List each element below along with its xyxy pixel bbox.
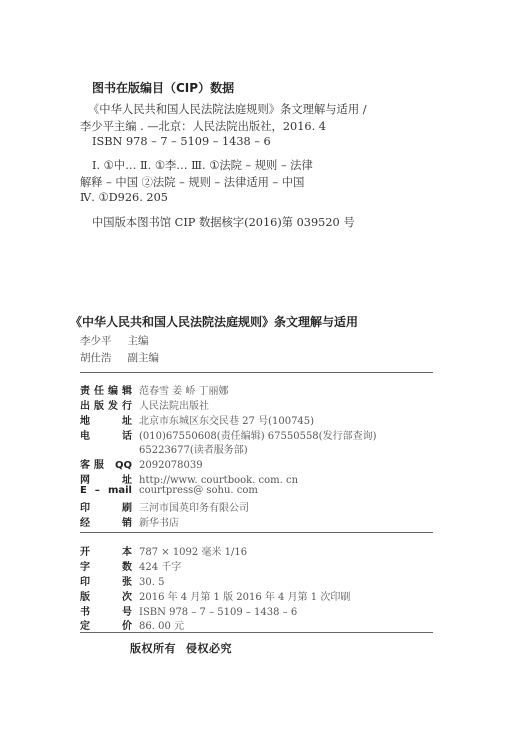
info-row-distributor: 经销新华书店 <box>80 514 179 529</box>
book-title: 《中华人民共和国人民法院法庭规则》条文理解与适用 <box>70 313 358 330</box>
info-row-qq: 客服 QQ2092078039 <box>80 456 203 471</box>
info-label: 出版发行 <box>80 397 132 412</box>
spec-value: 30. 5 <box>139 577 164 588</box>
spec-label: 版次 <box>80 588 132 603</box>
spec-label: 印张 <box>80 573 132 588</box>
chief-editor-credit: 李少平主编 <box>80 333 149 348</box>
cip-heading: 图书在版编目（CIP）数据 <box>92 79 234 96</box>
info-value: 人民法院出版社 <box>139 397 209 412</box>
info-value: 北京市东城区东交民巷 27 号(100745) <box>139 412 314 427</box>
info-value: (010)67550608(责任编辑) 67550558(发行部查询) <box>139 427 376 442</box>
info-row-responsible-editor: 责任编辑范春雪 姜 峤 丁丽娜 <box>80 382 229 397</box>
spec-label: 字数 <box>80 558 132 573</box>
deputy-editor-name: 胡仕浩 <box>80 352 112 364</box>
info-row-printer: 印刷三河市国英印务有限公司 <box>80 499 249 514</box>
cip-classification-line-1: Ⅰ. ①中… Ⅱ. ①李… Ⅲ. ①法院 – 规则 – 法律 <box>92 157 313 173</box>
info-value: 三河市国英印务有限公司 <box>139 499 249 514</box>
cip-title-line: 《中华人民共和国人民法院法庭规则》条文理解与适用 / <box>88 101 367 117</box>
copyright-part-1: 版权所有 <box>130 642 176 655</box>
info-label: 印刷 <box>80 499 132 514</box>
info-value: 范春雪 姜 峤 丁丽娜 <box>139 382 229 397</box>
info-row-phone-continued: 65223677(读者服务部) <box>80 441 248 456</box>
info-value: 2092078039 <box>139 460 203 471</box>
info-label: 客服 QQ <box>80 456 132 471</box>
info-label: 责任编辑 <box>80 382 132 397</box>
email-address: courtpress@ sohu. com <box>139 485 258 496</box>
spec-row-sheets: 印张30. 5 <box>80 573 164 588</box>
spec-value: 2016 年 4 月第 1 版 2016 年 4 月第 1 次印刷 <box>139 588 350 603</box>
cip-isbn-line: ISBN 978 – 7 – 5109 – 1438 – 6 <box>92 135 271 148</box>
info-row-website: 网址http://www. courtbook. com. cn <box>80 471 298 486</box>
spec-row-price: 定价86. 00 元 <box>80 617 184 632</box>
spec-row-word-count: 字数424 千字 <box>80 558 181 573</box>
info-row-email: E – mailcourtpress@ sohu. com <box>80 485 258 496</box>
spec-value: 787 × 1092 毫米 1/16 <box>139 543 247 558</box>
cip-editor-line: 李少平主编 . —北京：人民法院出版社，2016. 4 <box>80 118 326 134</box>
spec-label: 书号 <box>80 603 132 618</box>
spec-row-edition: 版次2016 年 4 月第 1 版 2016 年 4 月第 1 次印刷 <box>80 588 350 603</box>
chief-editor-role: 主编 <box>128 335 149 347</box>
spec-label: 开本 <box>80 543 132 558</box>
divider-top <box>80 372 433 373</box>
chief-editor-name: 李少平 <box>80 335 112 347</box>
cip-classification-line-2: 解释 – 中国 ②法院 – 规则 – 法律适用 – 中国 <box>80 174 304 190</box>
spec-row-isbn: 书号ISBN 978 – 7 – 5109 – 1438 – 6 <box>80 603 297 618</box>
info-label: 网址 <box>80 471 132 486</box>
info-label: 电话 <box>80 427 132 442</box>
info-row-phone: 电话(010)67550608(责任编辑) 67550558(发行部查询) <box>80 427 376 442</box>
info-value: 65223677(读者服务部) <box>139 441 248 456</box>
info-row-address: 地址北京市东城区东交民巷 27 号(100745) <box>80 412 314 427</box>
copyright-notice: 版权所有侵权必究 <box>130 640 232 656</box>
spec-value: 86. 00 元 <box>139 617 184 632</box>
info-label: E – mail <box>80 485 132 496</box>
cip-record-number: 中国版本图书馆 CIP 数据核字(2016)第 039520 号 <box>92 214 355 230</box>
copyright-part-2: 侵权必究 <box>186 642 232 655</box>
info-label: 经销 <box>80 514 132 529</box>
deputy-editor-credit: 胡仕浩副主编 <box>80 350 159 365</box>
spec-row-format: 开本787 × 1092 毫米 1/16 <box>80 543 247 558</box>
cip-classification-line-3: Ⅳ. ①D926. 205 <box>80 191 168 204</box>
divider-middle <box>80 532 433 533</box>
spec-label: 定价 <box>80 617 132 632</box>
deputy-editor-role: 副主编 <box>128 352 160 364</box>
divider-bottom <box>80 632 433 633</box>
info-value: 新华书店 <box>139 514 179 529</box>
info-label: 地址 <box>80 412 132 427</box>
spec-value: 424 千字 <box>139 558 181 573</box>
info-row-publisher: 出版发行人民法院出版社 <box>80 397 209 412</box>
